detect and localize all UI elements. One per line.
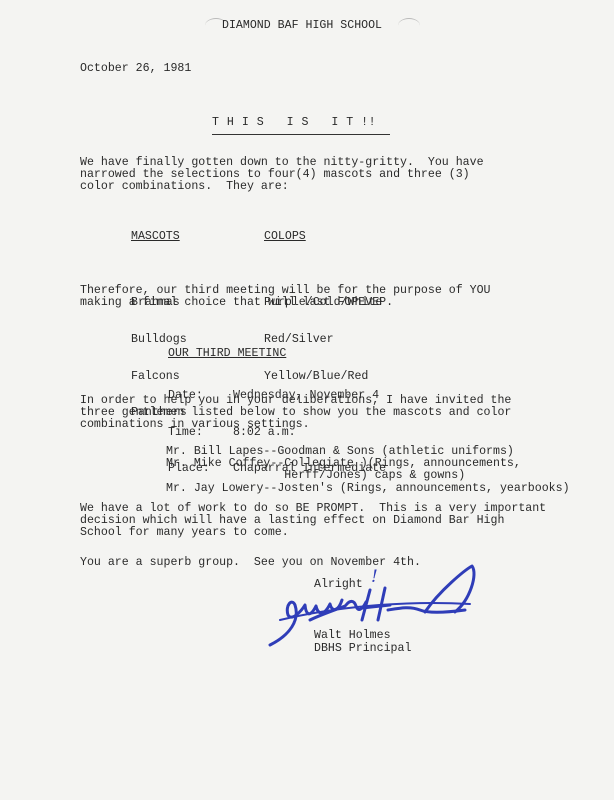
meeting-heading: OUR THIRD MEETINC (168, 348, 386, 360)
letterhead: DIAMOND BAF HIGH SCHOOL (222, 20, 382, 32)
signer-name: Walt Holmes (314, 630, 391, 642)
letter-title: T H I S I S I T !! (212, 117, 376, 129)
vendor-list: Mr. Bill Lapes--Goodman & Sons (athletic… (166, 446, 570, 495)
paragraph-prompt: We have a lot of work to do so BE PROMPT… (80, 503, 546, 540)
punch-hole-mark (398, 18, 420, 33)
paragraph-purpose: Therefore, our third meeting will be for… (80, 285, 491, 309)
letter-date: October 26, 1981 (80, 63, 191, 75)
paragraph-intro: We have finally gotten down to the nitty… (80, 157, 484, 194)
mascots-heading: MASCOTS (131, 231, 187, 243)
signer-title: DBHS Principal (314, 643, 411, 655)
letter-page: DIAMOND BAF HIGH SCHOOL October 26, 1981… (0, 0, 614, 800)
title-underline (212, 134, 390, 135)
paragraph-invitation: In order to help you in your deliberatio… (80, 395, 511, 432)
colors-heading: COLOPS (264, 231, 382, 243)
